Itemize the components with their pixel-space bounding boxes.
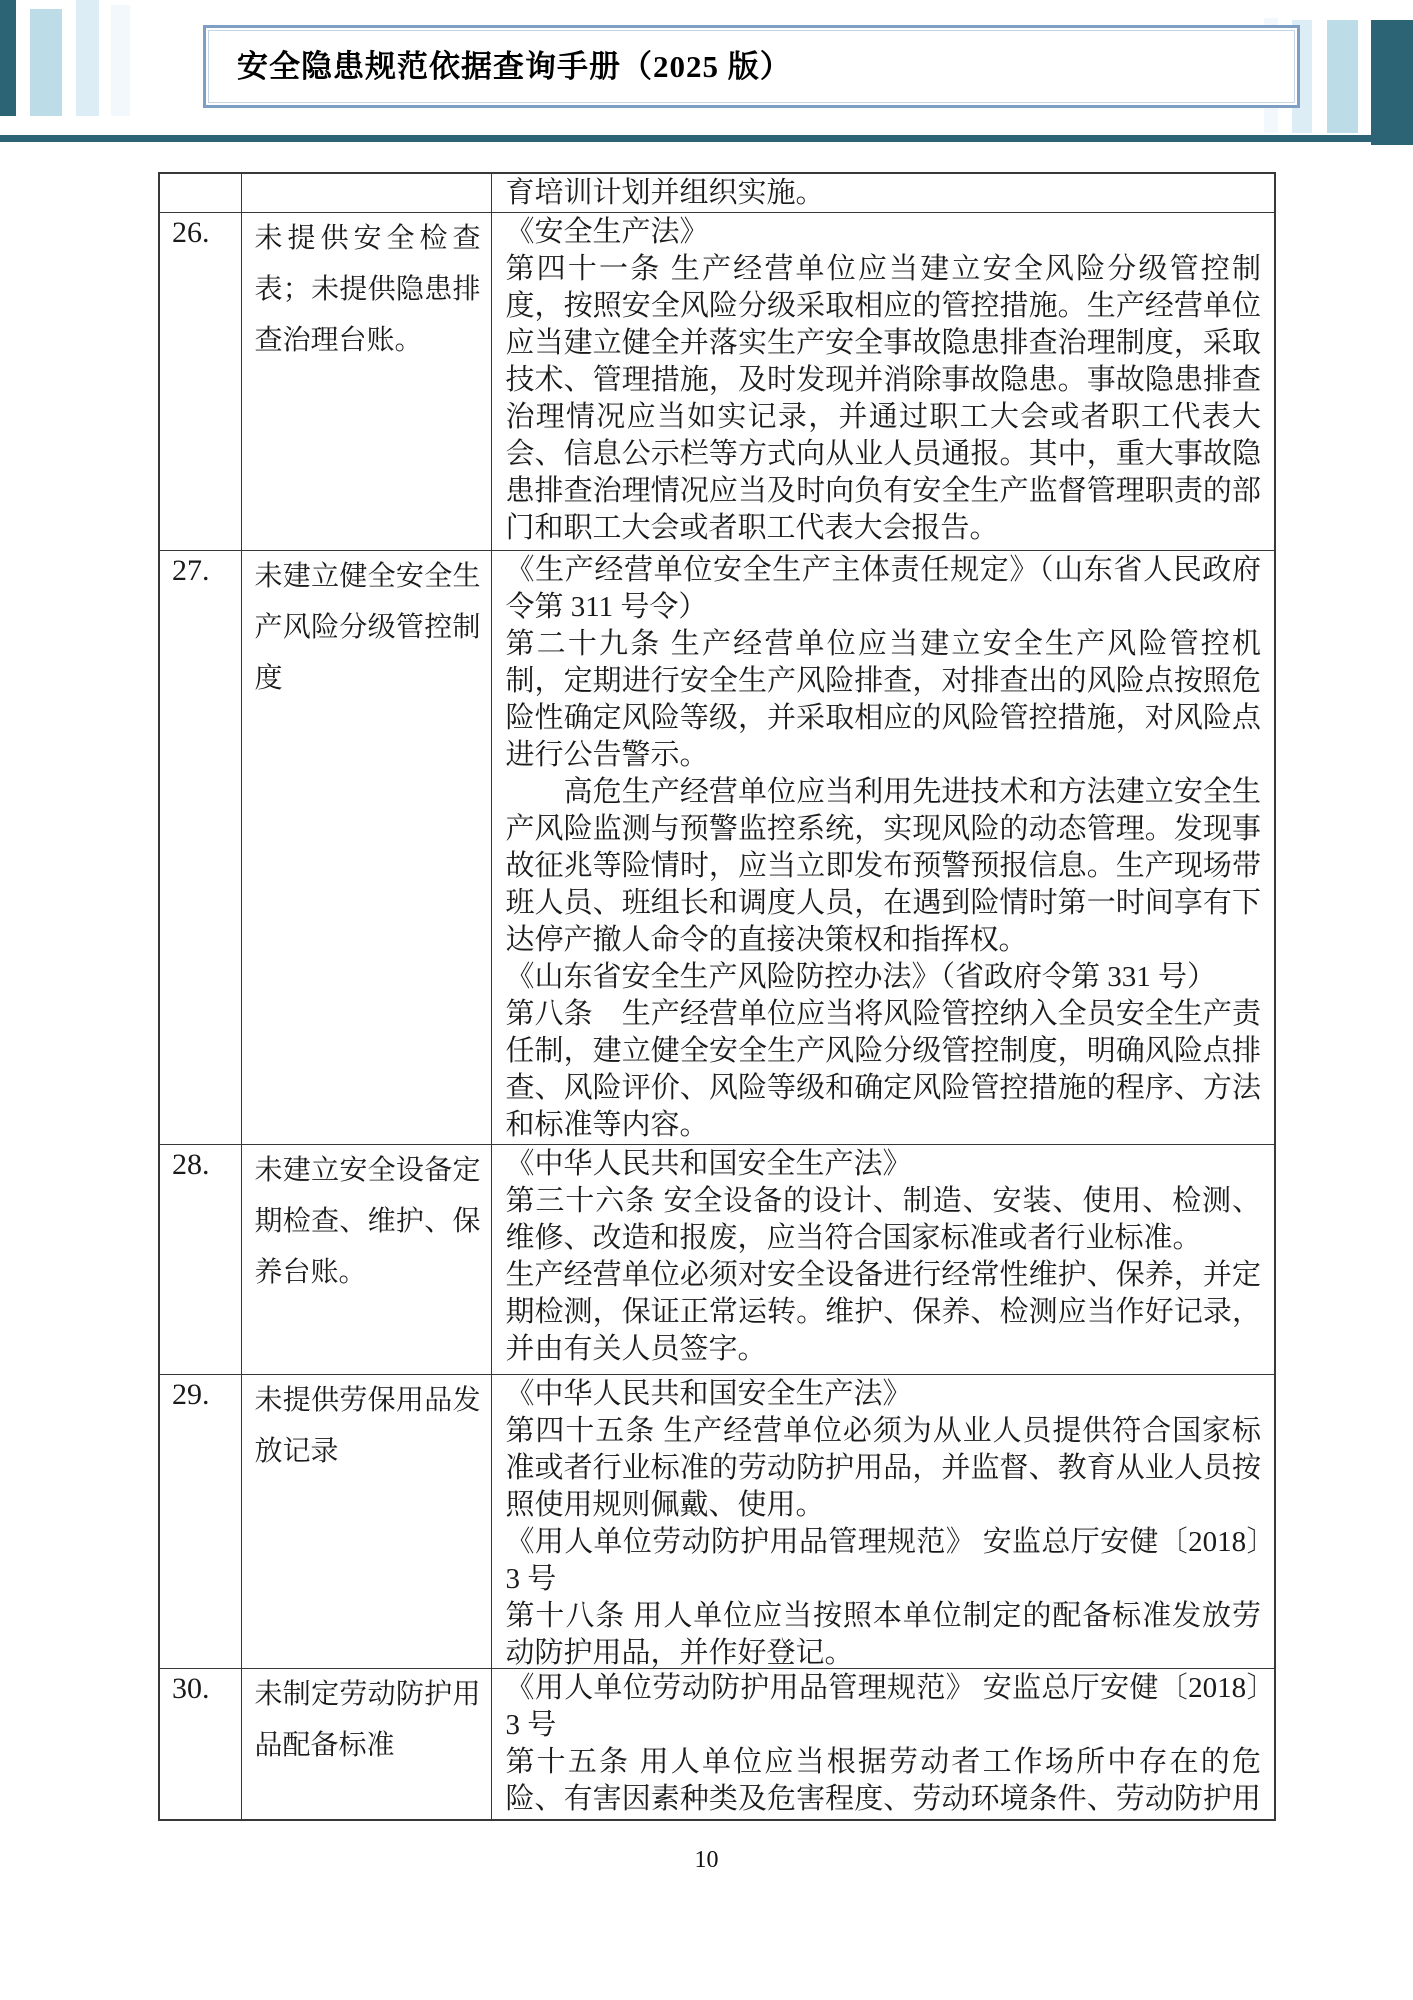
decor-bar-dark-left bbox=[0, 0, 16, 116]
legal-basis-cell: 《中华人民共和国安全生产法》 第四十五条 生产经营单位必须为从业人员提供符合国家… bbox=[491, 1375, 1275, 1669]
violation-cell: 未提供劳保用品发放记录 bbox=[241, 1375, 491, 1669]
legal-basis-text: 《中华人民共和国安全生产法》 第三十六条 安全设备的设计、制造、安装、使用、检测… bbox=[506, 1146, 1262, 1368]
decor-bar-blue-left bbox=[30, 9, 62, 116]
violation-cell: 未提供安全检查表；未提供隐患排查治理台账。 bbox=[241, 213, 491, 551]
table-row: 30. 未制定劳动防护用品配备标准 《用人单位劳动防护用品管理规范》 安监总厅安… bbox=[159, 1669, 1275, 1821]
row-number-cell: 29. bbox=[159, 1375, 241, 1669]
header-divider-rule bbox=[0, 135, 1413, 142]
table-row: 26. 未提供安全检查表；未提供隐患排查治理台账。 《安全生产法》 第四十一条 … bbox=[159, 213, 1275, 551]
regulation-table-wrap: 育培训计划并组织实施。 26. 未提供安全检查表；未提供隐患排查治理台账。 《安… bbox=[158, 172, 1274, 1821]
table-row: 28. 未建立安全设备定期检查、维护、保养台账。 《中华人民共和国安全生产法》 … bbox=[159, 1145, 1275, 1375]
violation-cell: 未建立安全设备定期检查、维护、保养台账。 bbox=[241, 1145, 491, 1375]
decor-bar-pale-left bbox=[76, 0, 99, 116]
table-row: 27. 未建立健全安全生产风险分级管控制度 《生产经营单位安全生产主体责任规定》… bbox=[159, 551, 1275, 1145]
legal-basis-cell: 育培训计划并组织实施。 bbox=[491, 173, 1275, 213]
violation-cell bbox=[241, 173, 491, 213]
document-page: 安全隐患规范依据查询手册（2025 版） 育培训计划并组织实施。 26. bbox=[0, 0, 1413, 2000]
row-number-cell: 26. bbox=[159, 213, 241, 551]
legal-basis-cell: 《用人单位劳动防护用品管理规范》 安监总厅安健〔2018〕3 号 第十五条 用人… bbox=[491, 1669, 1275, 1821]
table-row-carryover: 育培训计划并组织实施。 bbox=[159, 173, 1275, 213]
table-row: 29. 未提供劳保用品发放记录 《中华人民共和国安全生产法》 第四十五条 生产经… bbox=[159, 1375, 1275, 1669]
legal-basis-text: 育培训计划并组织实施。 bbox=[506, 175, 1262, 212]
legal-basis-cell: 《安全生产法》 第四十一条 生产经营单位应当建立安全风险分级管控制度，按照安全风… bbox=[491, 213, 1275, 551]
page-number: 10 bbox=[0, 1847, 1413, 1874]
page-title: 安全隐患规范依据查询手册（2025 版） bbox=[206, 41, 792, 92]
decor-bar-faint-left bbox=[111, 5, 130, 116]
legal-basis-text: 《安全生产法》 第四十一条 生产经营单位应当建立安全风险分级管控制度，按照安全风… bbox=[506, 214, 1262, 547]
legal-basis-text: 《用人单位劳动防护用品管理规范》 安监总厅安健〔2018〕3 号 第十五条 用人… bbox=[506, 1670, 1262, 1819]
legal-basis-text: 《中华人民共和国安全生产法》 第四十五条 生产经营单位必须为从业人员提供符合国家… bbox=[506, 1376, 1262, 1668]
decor-bar-blue-right bbox=[1327, 20, 1358, 133]
row-number-cell bbox=[159, 173, 241, 213]
legal-basis-text: 《生产经营单位安全生产主体责任规定》（山东省人民政府令第 311 号令） 第二十… bbox=[506, 552, 1262, 1144]
row-number-cell: 30. bbox=[159, 1669, 241, 1821]
row-number-cell: 28. bbox=[159, 1145, 241, 1375]
title-box: 安全隐患规范依据查询手册（2025 版） bbox=[203, 25, 1300, 108]
violation-cell: 未制定劳动防护用品配备标准 bbox=[241, 1669, 491, 1821]
decor-block-dark-right bbox=[1371, 20, 1413, 145]
row-number-cell: 27. bbox=[159, 551, 241, 1145]
regulation-table: 育培训计划并组织实施。 26. 未提供安全检查表；未提供隐患排查治理台账。 《安… bbox=[158, 172, 1276, 1821]
violation-cell: 未建立健全安全生产风险分级管控制度 bbox=[241, 551, 491, 1145]
legal-basis-cell: 《中华人民共和国安全生产法》 第三十六条 安全设备的设计、制造、安装、使用、检测… bbox=[491, 1145, 1275, 1375]
legal-basis-cell: 《生产经营单位安全生产主体责任规定》（山东省人民政府令第 311 号令） 第二十… bbox=[491, 551, 1275, 1145]
